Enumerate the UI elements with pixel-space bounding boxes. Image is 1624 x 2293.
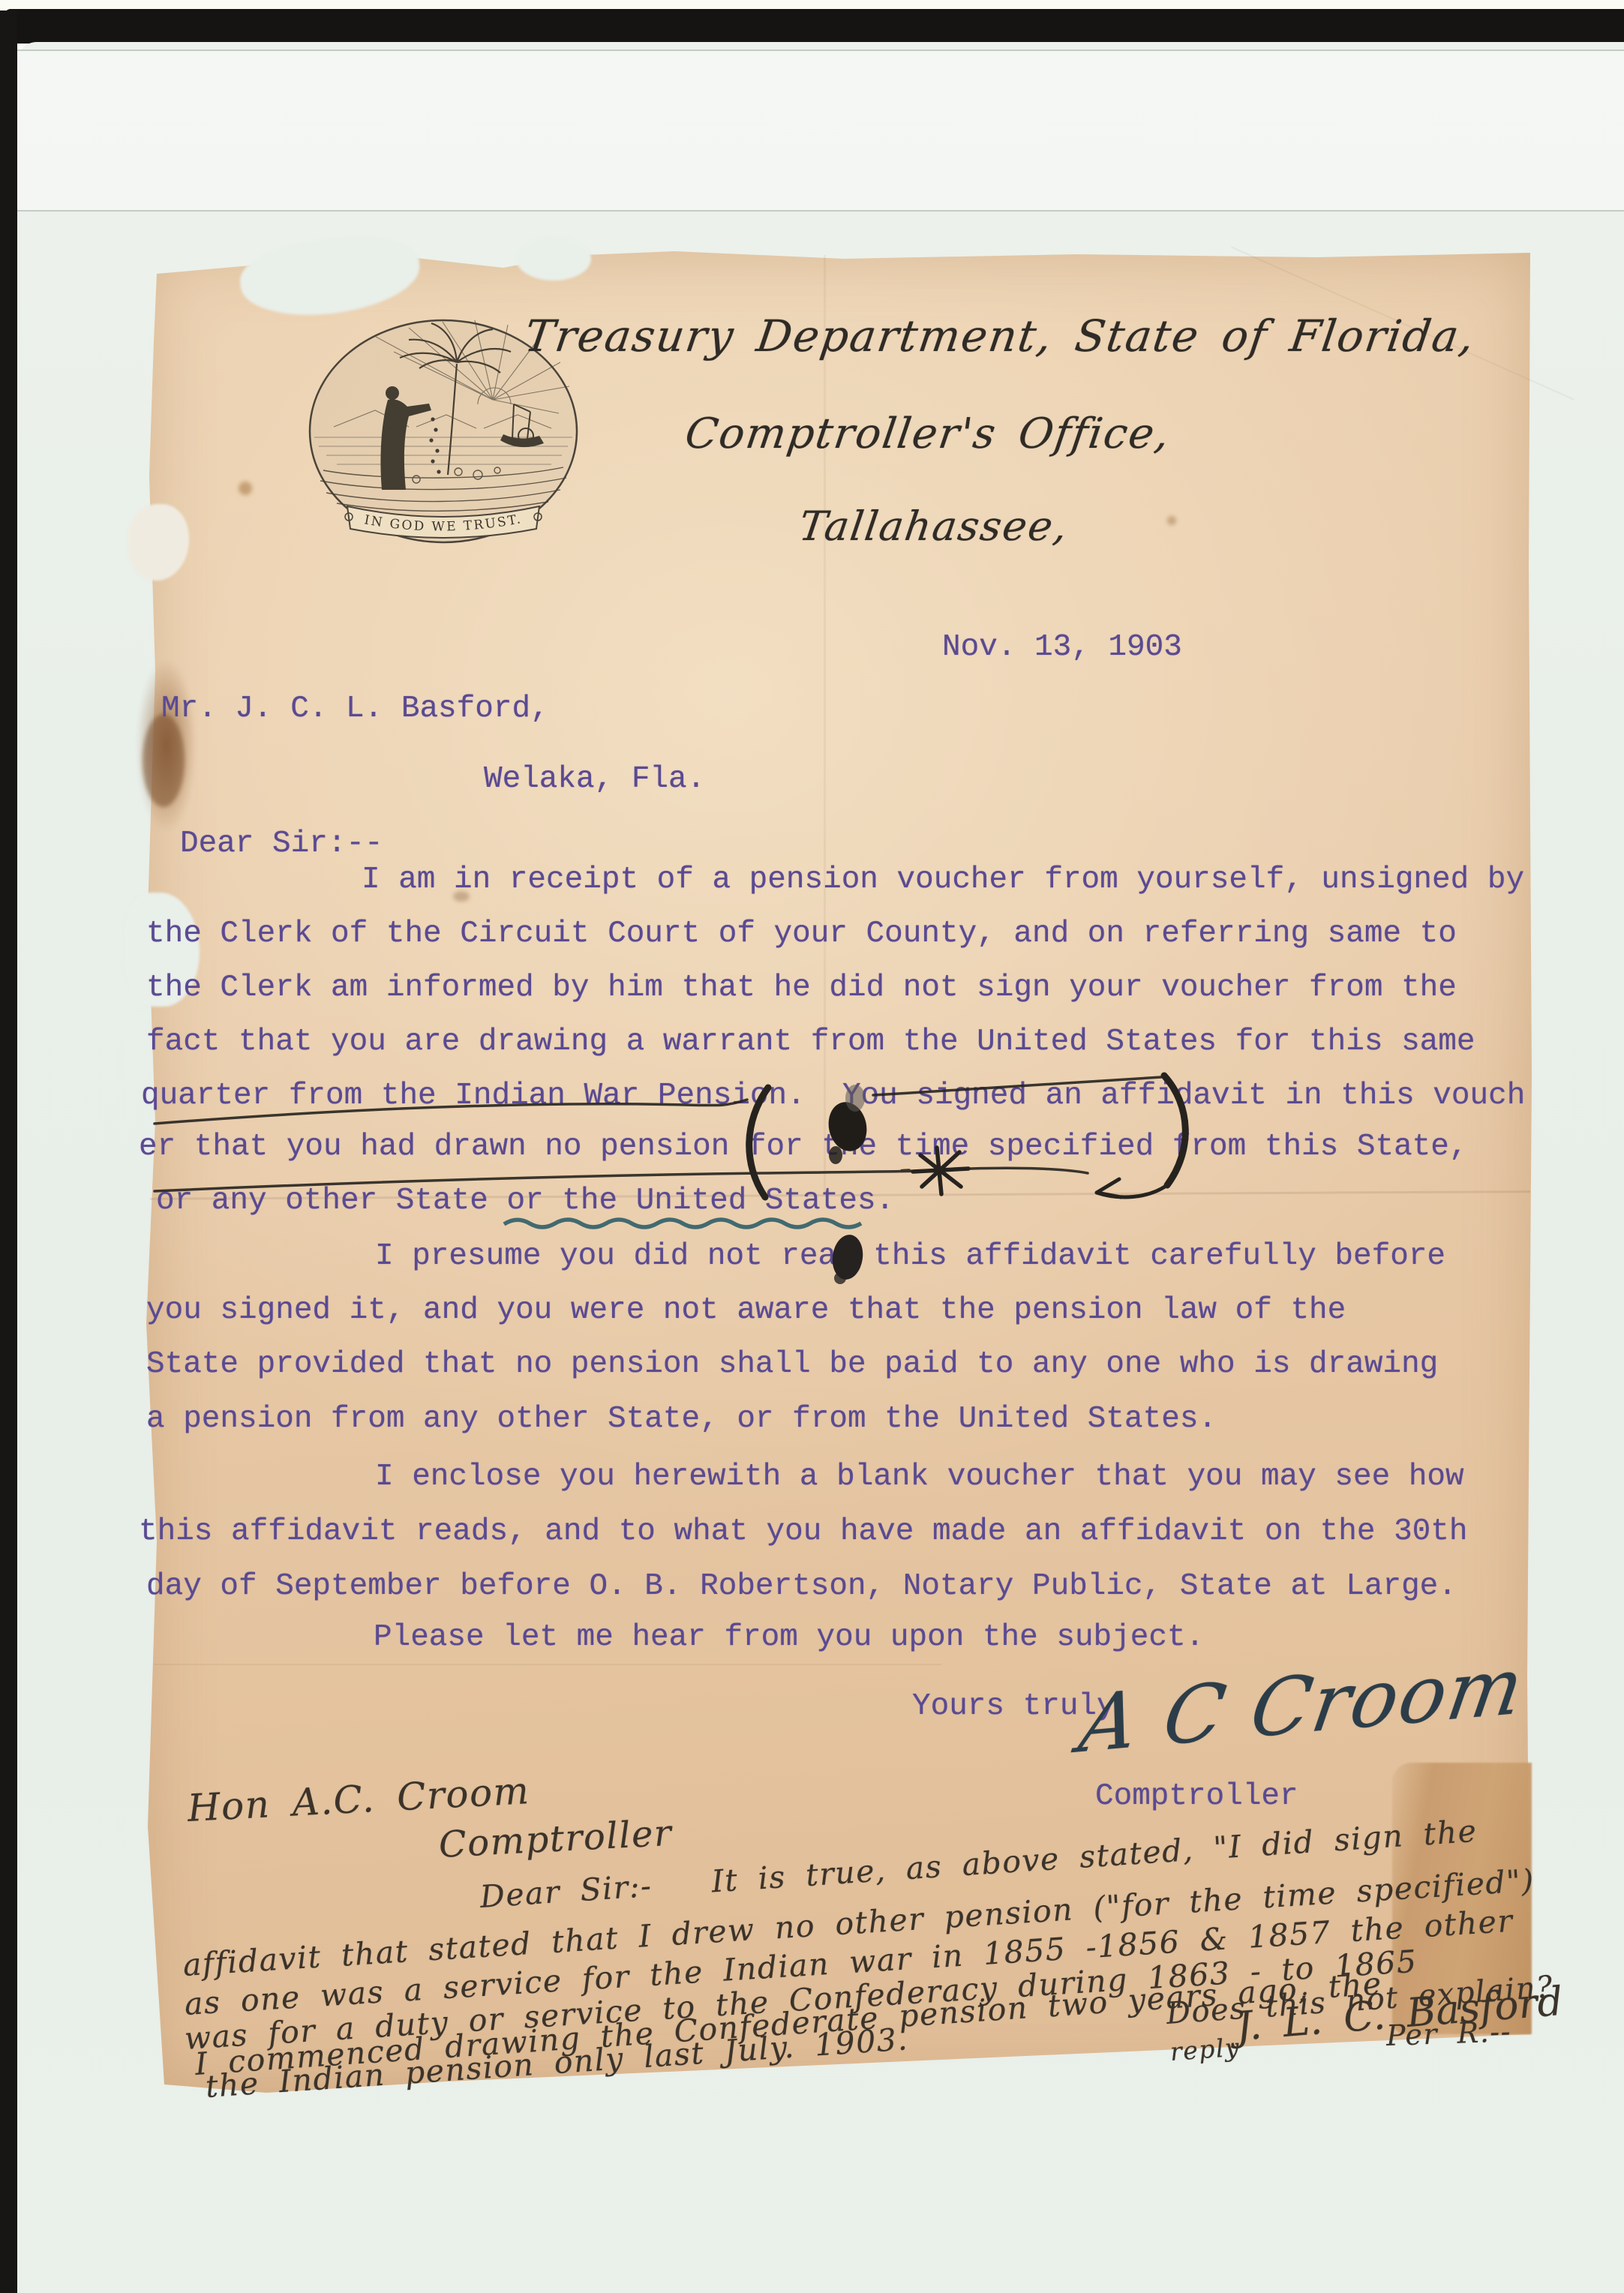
ink-blot-2 xyxy=(830,1233,866,1284)
hand-paren-open xyxy=(749,1088,768,1197)
handwritten-line: Per R.-- xyxy=(1385,2015,1511,2052)
ink-blot-1 xyxy=(824,1085,872,1164)
hand-paren-close xyxy=(1164,1076,1185,1185)
arrow-hook xyxy=(1097,1179,1167,1197)
insert-line-upper-left xyxy=(155,1100,747,1124)
hand-asterisk xyxy=(913,1148,968,1194)
handwritten-line: reply xyxy=(1169,2033,1241,2066)
wavy-underline xyxy=(504,1220,861,1227)
insert-line-upper-right xyxy=(873,1077,1161,1095)
